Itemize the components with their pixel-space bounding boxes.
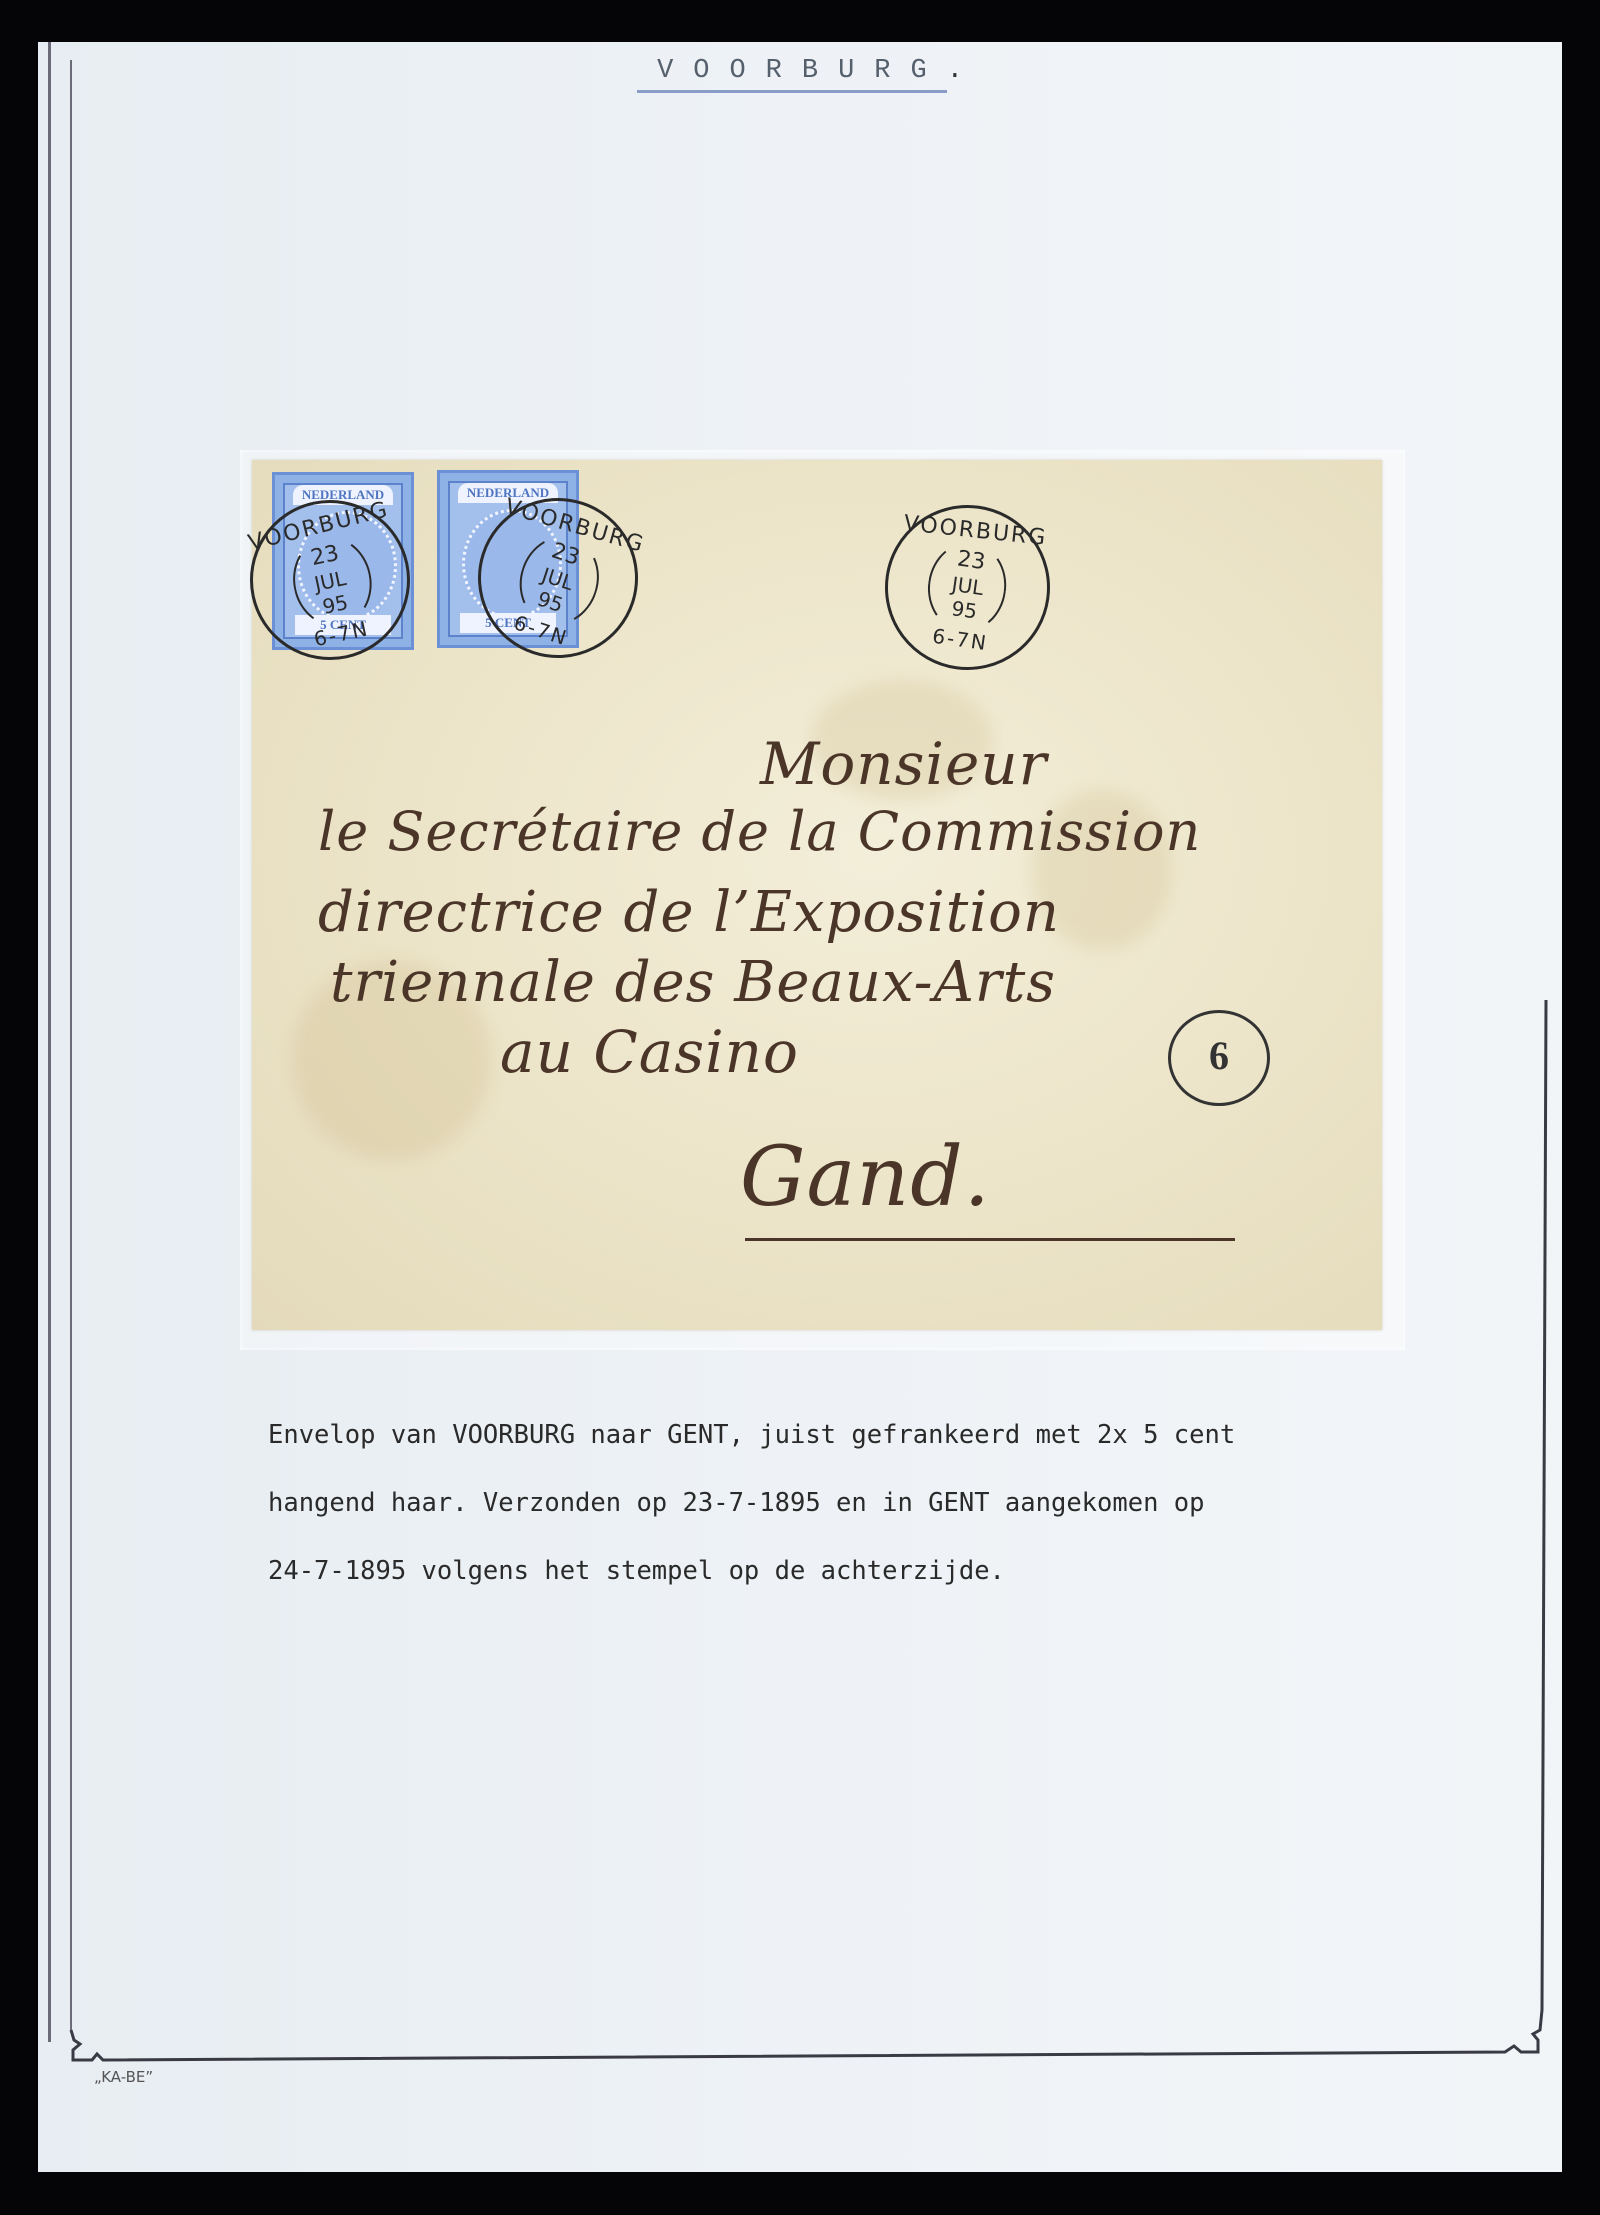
publisher-mark: „KA-BE” — [94, 2068, 153, 2086]
album-frame-border — [0, 0, 1600, 2215]
